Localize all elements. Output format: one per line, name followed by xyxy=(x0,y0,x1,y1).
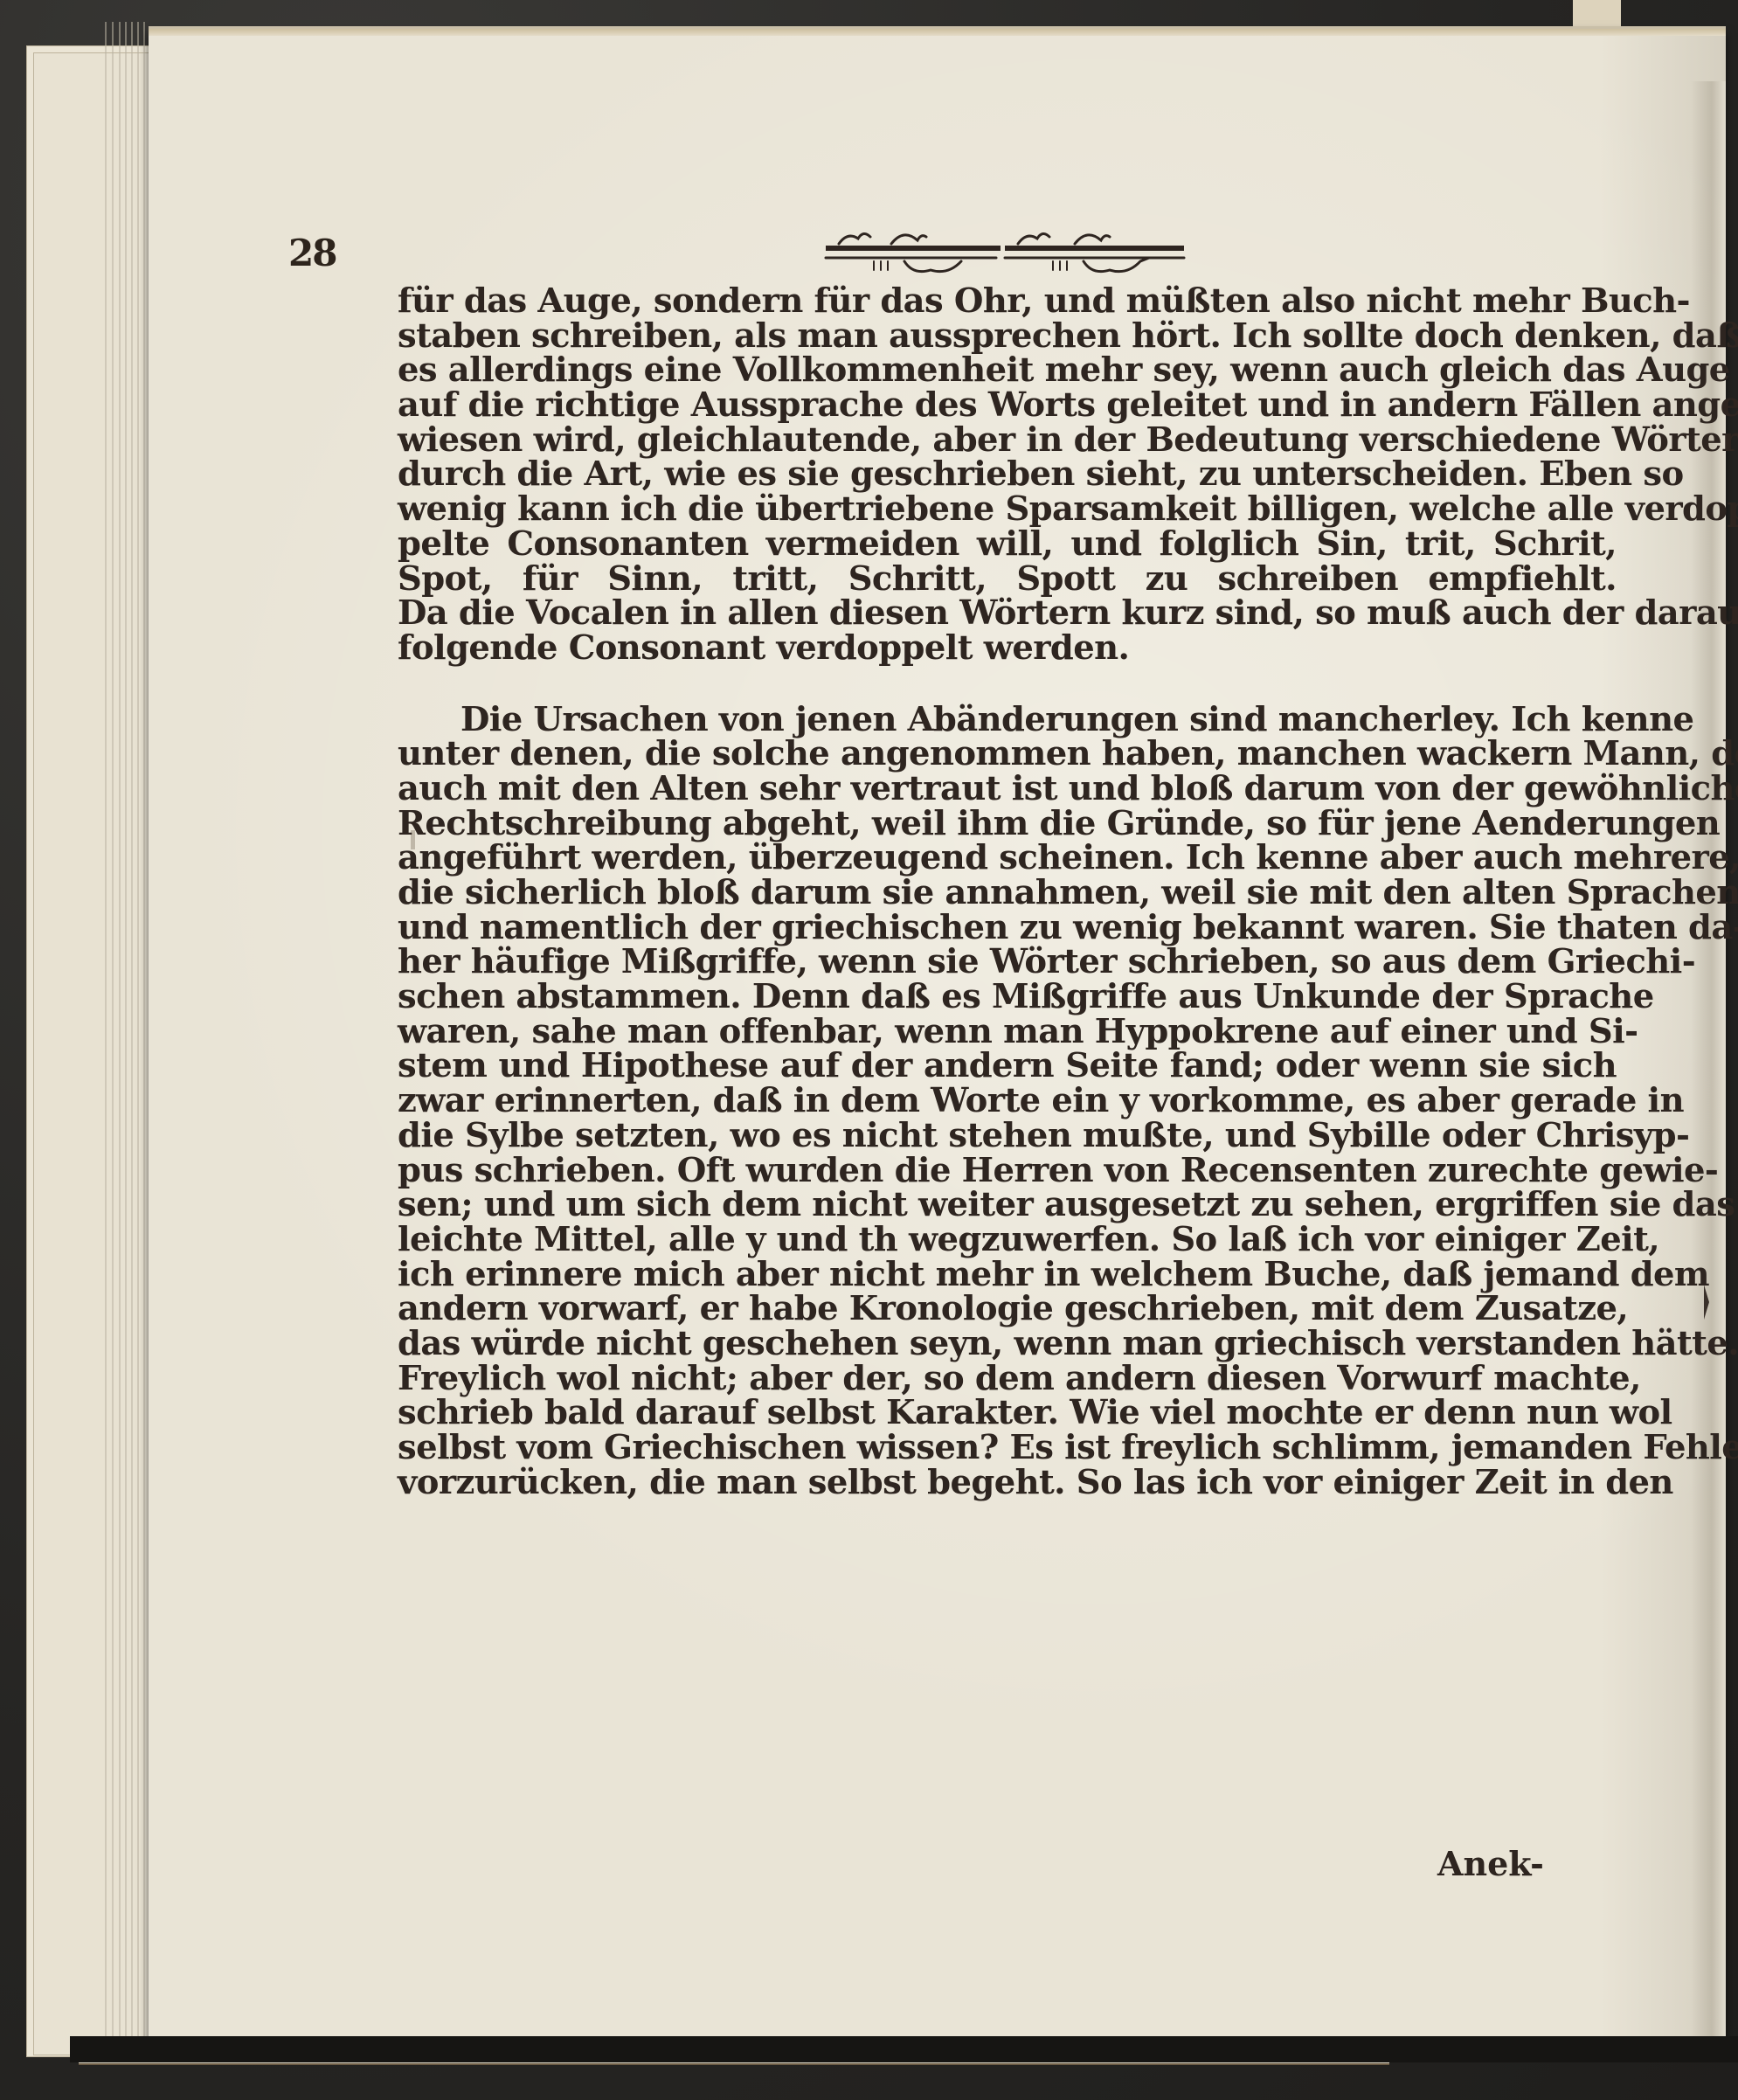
paragraph-spacer xyxy=(398,666,1617,703)
text-line: für das Auge, sondern für das Ohr, und m… xyxy=(398,284,1617,319)
text-line: unter denen, die solche angenommen haben… xyxy=(398,737,1617,772)
page-edge-line xyxy=(112,22,114,2048)
text-line: Spot, für Sinn, tritt, Schritt, Spott zu… xyxy=(398,562,1617,597)
text-line: Die Ursachen von jenen Abänderungen sind… xyxy=(398,703,1617,738)
text-line: Freylich wol nicht; aber der, so dem and… xyxy=(398,1362,1617,1397)
text-line: staben schreiben, als man aussprechen hö… xyxy=(398,319,1617,354)
text-line: es allerdings eine Vollkommenheit mehr s… xyxy=(398,353,1617,388)
page-edge-line xyxy=(125,22,127,2048)
paragraph-1: für das Auge, sondern für das Ohr, und m… xyxy=(398,284,1617,666)
page-edge-line xyxy=(137,22,139,2048)
text-line: stem und Hipothese auf der andern Seite … xyxy=(398,1049,1617,1084)
text-line: Da die Vocalen in allen diesen Wörtern k… xyxy=(398,596,1617,631)
text-line: auch mit den Alten sehr vertraut ist und… xyxy=(398,772,1617,807)
text-line: folgende Consonant verdoppelt werden. xyxy=(398,631,1617,666)
body-text: für das Auge, sondern für das Ohr, und m… xyxy=(398,284,1617,1500)
text-line: sen; und um sich dem nicht weiter ausges… xyxy=(398,1188,1617,1223)
page-edge-line xyxy=(105,22,107,2048)
page-edge-line xyxy=(131,22,133,2048)
text-line: auf die richtige Aussprache des Worts ge… xyxy=(398,388,1617,423)
text-line: vorzurücken, die man selbst begeht. So l… xyxy=(398,1466,1617,1500)
text-line: die sicherlich bloß darum sie annahmen, … xyxy=(398,876,1617,911)
page-header: 28 xyxy=(288,223,1651,284)
text-line: wenig kann ich die übertriebene Sparsamk… xyxy=(398,492,1617,527)
text-line: durch die Art, wie es sie geschrieben si… xyxy=(398,457,1617,492)
text-line: zwar erinnerten, daß in dem Worte ein y … xyxy=(398,1084,1617,1119)
paragraph-2: Die Ursachen von jenen Abänderungen sind… xyxy=(398,703,1617,1500)
text-line: pus schrieben. Oft wurden die Herren von… xyxy=(398,1154,1617,1189)
catchword: Anek- xyxy=(1437,1844,1544,1883)
text-line: selbst vom Griechischen wissen? Es ist f… xyxy=(398,1431,1617,1466)
text-line: leichte Mittel, alle y und th wegzuwerfe… xyxy=(398,1223,1617,1258)
page-edge-line xyxy=(119,22,121,2048)
text-line: wiesen wird, gleichlautende, aber in der… xyxy=(398,423,1617,458)
page-edge-line xyxy=(143,22,145,2048)
text-line: schen abstammen. Denn daß es Mißgriffe a… xyxy=(398,980,1617,1015)
ornamental-rule-icon xyxy=(821,228,1188,281)
text-line: und namentlich der griechischen zu wenig… xyxy=(398,911,1617,946)
page-bottom-shadow xyxy=(70,2036,1738,2062)
text-line: das würde nicht geschehen seyn, wenn man… xyxy=(398,1327,1617,1362)
text-line: ich erinnere mich aber nicht mehr in wel… xyxy=(398,1258,1617,1293)
text-line: die Sylbe setzten, wo es nicht stehen mu… xyxy=(398,1119,1617,1154)
page-number: 28 xyxy=(288,232,336,274)
text-line: her häufige Mißgriffe, wenn sie Wörter s… xyxy=(398,945,1617,980)
text-line: schrieb bald darauf selbst Karakter. Wie… xyxy=(398,1396,1617,1431)
page-top-edge xyxy=(149,29,1726,36)
text-line: andern vorwarf, er habe Kronologie gesch… xyxy=(398,1292,1617,1327)
text-line: Rechtschreibung abgeht, weil ihm die Grü… xyxy=(398,807,1617,842)
text-line: waren, sahe man offenbar, wenn man Hyppo… xyxy=(398,1015,1617,1050)
text-line: pelte Consonanten vermeiden will, und fo… xyxy=(398,527,1617,562)
text-line: angeführt werden, überzeugend scheinen. … xyxy=(398,841,1617,876)
